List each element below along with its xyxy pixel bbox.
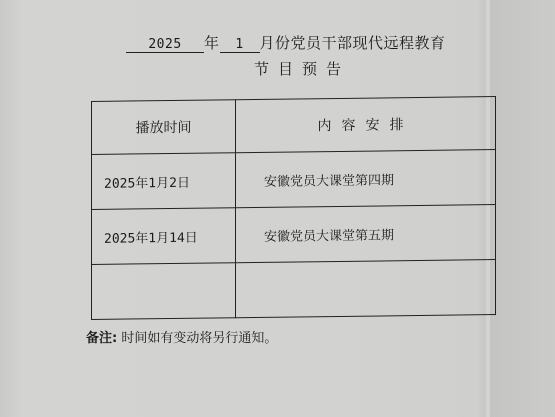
row-content: 安徽党员大课堂第五期 xyxy=(236,205,496,263)
title-rest: 月份党员干部现代远程教育 xyxy=(260,34,446,52)
document-subtitle: 节目预告 xyxy=(254,58,350,79)
row-time: 2025年1月2日 xyxy=(92,153,236,210)
footnote: 备注: 时间如有变动将另行通知。 xyxy=(86,327,277,346)
row-time: 2025年1月14日 xyxy=(92,208,236,265)
column-header-content: 内容安排 xyxy=(236,97,496,153)
row-content: 安徽党员大课堂第四期 xyxy=(236,150,496,208)
column-header-time: 播放时间 xyxy=(92,100,236,155)
year-label: 年 xyxy=(204,34,220,52)
row-time xyxy=(92,263,236,320)
table-row xyxy=(92,260,496,320)
schedule-table: 播放时间 内容安排 2025年1月2日 安徽党员大课堂第四期 2025年1月14… xyxy=(91,96,496,320)
month-field: 1 xyxy=(220,38,260,53)
table-row: 2025年1月2日 安徽党员大课堂第四期 xyxy=(92,150,496,210)
note-label: 备注: xyxy=(86,331,117,346)
table-row: 2025年1月14日 安徽党员大课堂第五期 xyxy=(92,205,496,265)
document-title: 2025年1月份党员干部现代远程教育 xyxy=(126,32,446,53)
note-text: 时间如有变动将另行通知。 xyxy=(121,331,277,346)
table-header-row: 播放时间 内容安排 xyxy=(92,97,496,155)
year-field: 2025 xyxy=(126,38,204,53)
row-content xyxy=(236,260,496,318)
